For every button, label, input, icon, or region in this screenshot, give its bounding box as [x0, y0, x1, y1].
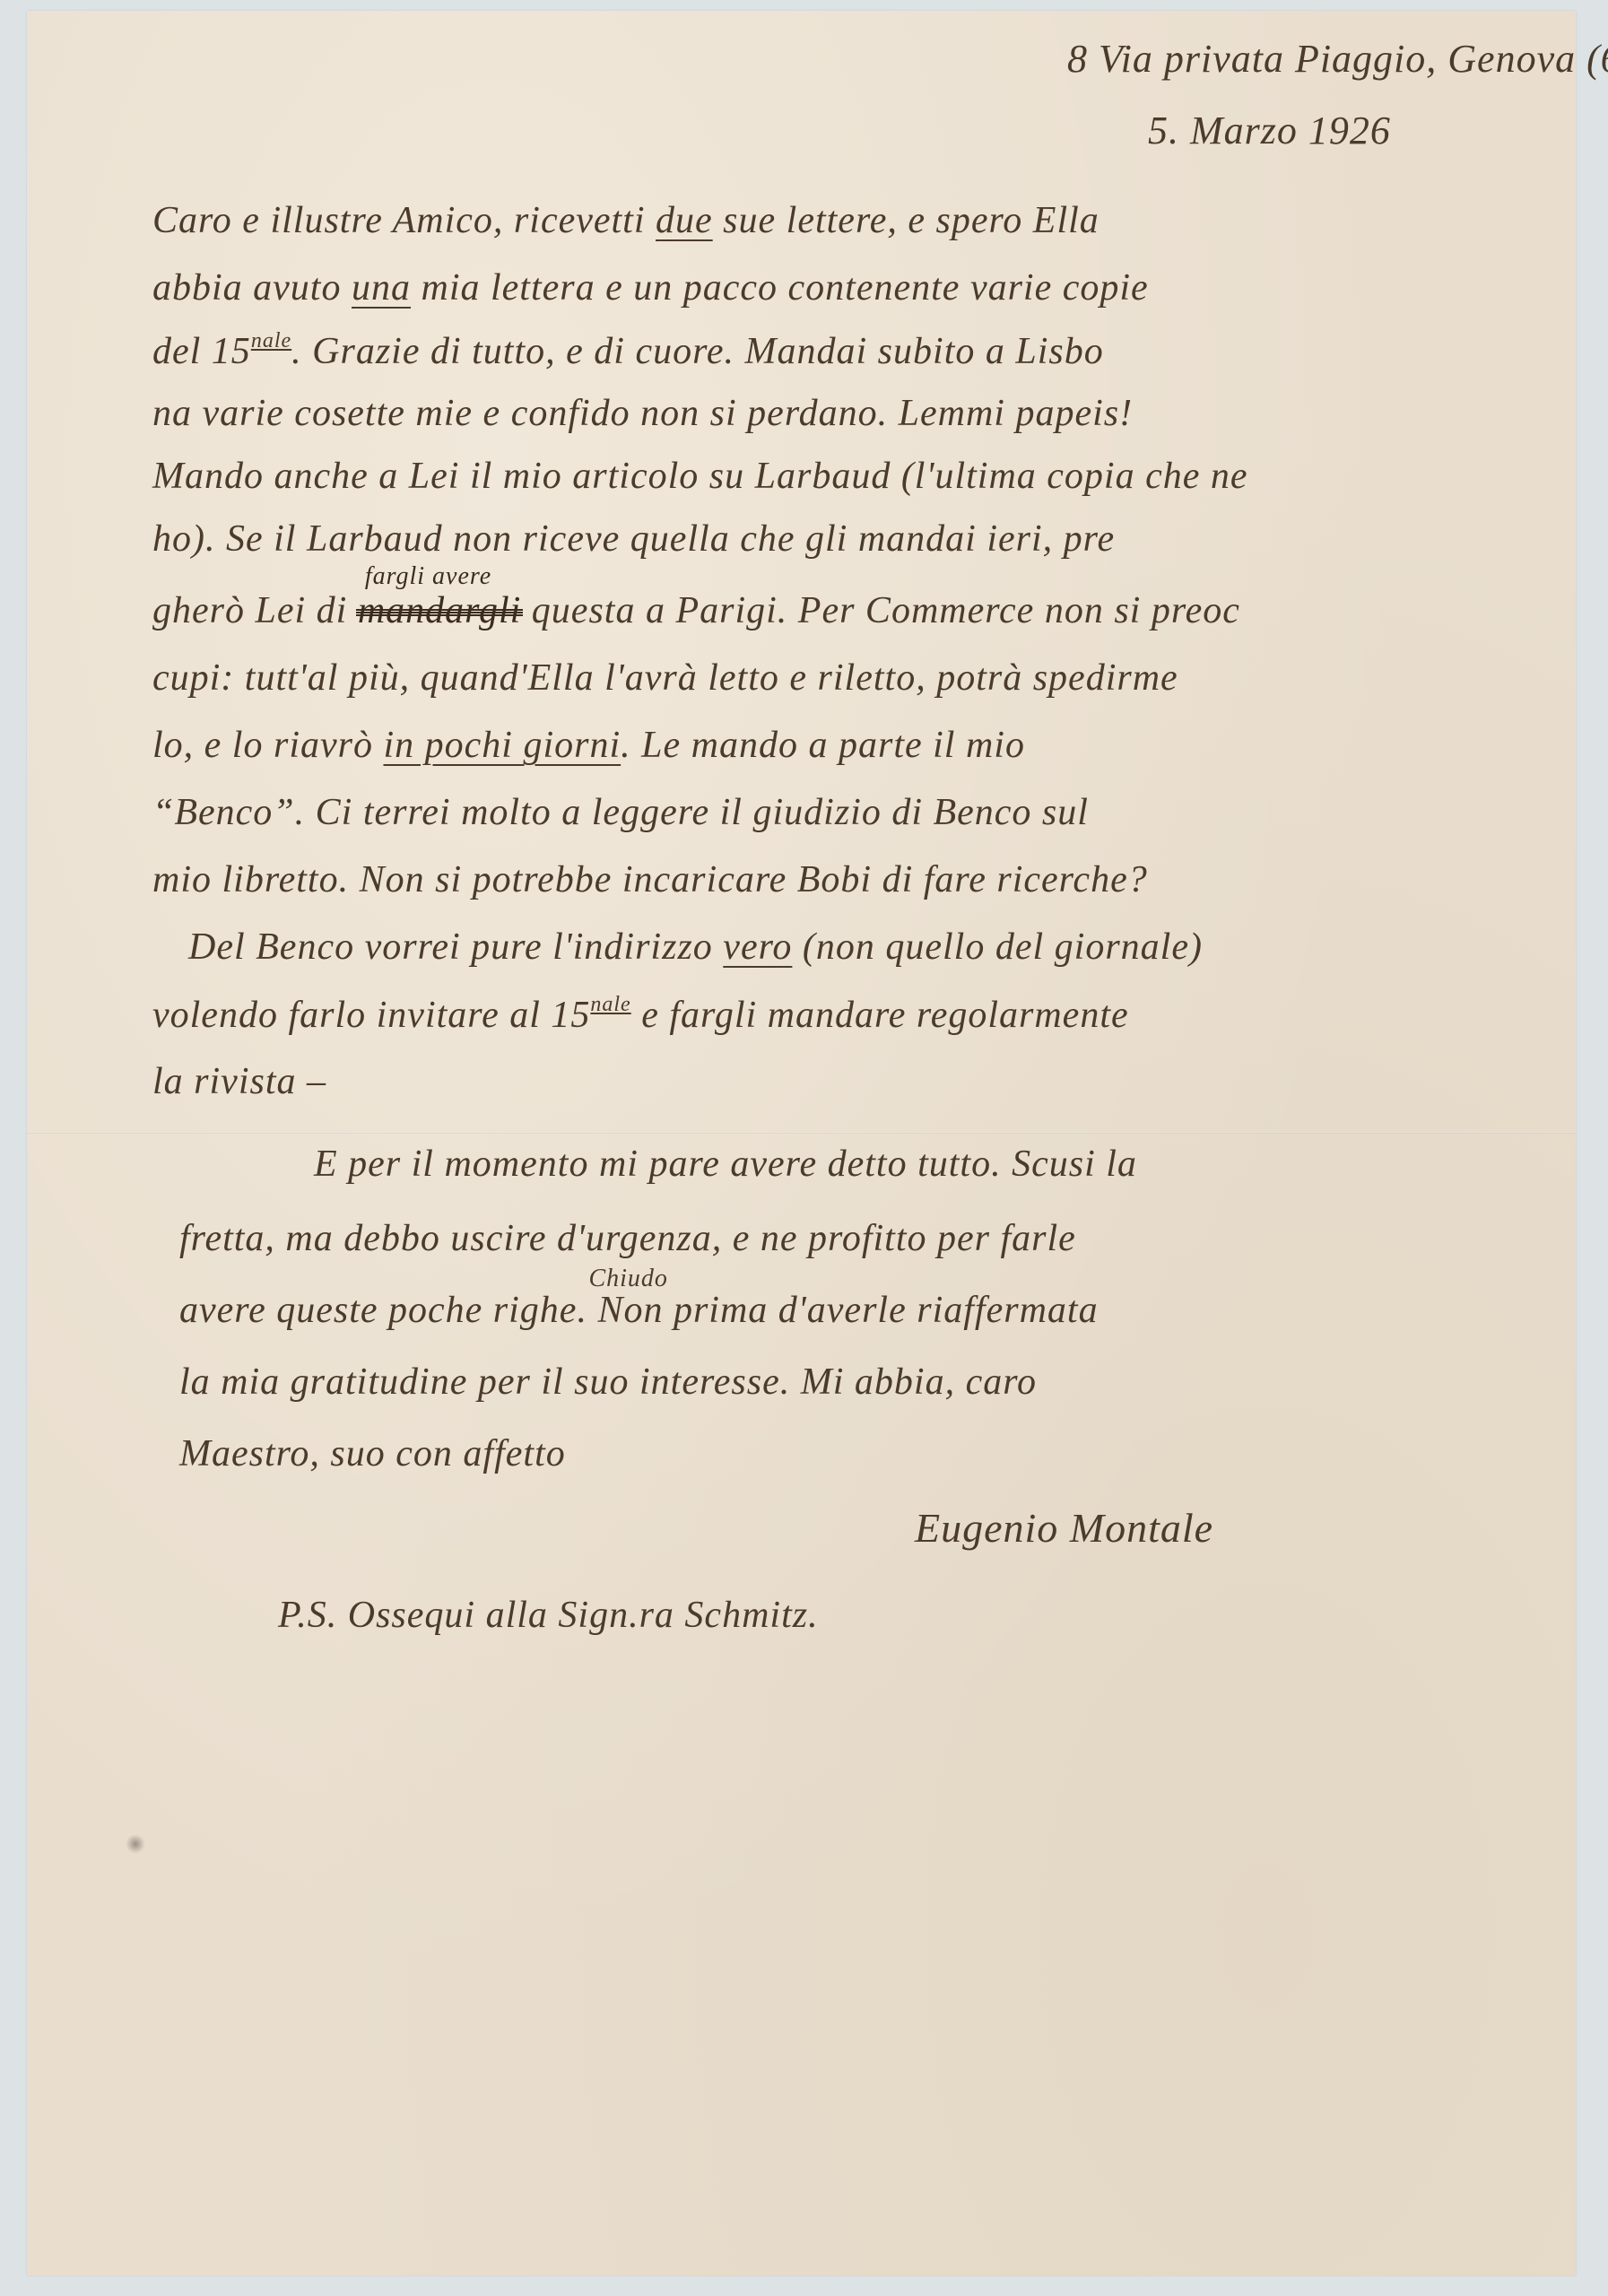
inserted-word: Chiudo: [588, 1265, 667, 1293]
sender-address: 8 Via privata Piaggio, Genova (6): [1067, 36, 1608, 82]
underlined-phrase: in pochi giorni: [383, 725, 621, 766]
letter-line-19: Maestro, suo con affetto: [179, 1432, 566, 1475]
letter-line-13: volendo farlo invitare al 15nale e fargl…: [152, 993, 1129, 1037]
inserted-word: fargli avere: [365, 562, 491, 591]
underlined-word: due: [656, 200, 713, 241]
letter-line-8: cupi: tutt'al più, quand'Ella l'avrà let…: [152, 657, 1178, 700]
letter-line-18: la mia gratitudine per il suo interesse.…: [179, 1361, 1037, 1404]
signature: Eugenio Montale: [915, 1504, 1213, 1552]
letter-line-7: gherò Lei di mandarglifargli avere quest…: [152, 589, 1240, 632]
letter-line-4: na varie cosette mie e confido non si pe…: [152, 392, 1133, 435]
underlined-word: vero: [723, 926, 792, 968]
postscript: P.S. Ossequi alla Sign.ra Schmitz.: [278, 1594, 819, 1637]
superscript: nale: [590, 993, 630, 1016]
struck-word: mandarglifargli avere: [358, 589, 521, 632]
letter-line-14: la rivista –: [152, 1060, 326, 1103]
letter-line-9: lo, e lo riavrò in pochi giorni. Le mand…: [152, 724, 1025, 767]
letter-line-5: Mando anche a Lei il mio articolo su Lar…: [152, 455, 1248, 498]
paper-fold-line: [27, 1132, 1576, 1134]
letter-line-12: Del Benco vorrei pure l'indirizzo vero (…: [188, 926, 1203, 969]
letter-line-2: abbia avuto una mia lettera e un pacco c…: [152, 266, 1149, 309]
letter-line-15: E per il momento mi pare avere detto tut…: [314, 1143, 1137, 1186]
superscript: nale: [251, 329, 291, 352]
letter-line-16: fretta, ma debbo uscire d'urgenza, e ne …: [179, 1217, 1076, 1260]
ink-spot: [126, 1834, 145, 1854]
underlined-word: una: [352, 267, 411, 309]
letter-line-17: avere queste poche righe. ChiudoNon prim…: [179, 1289, 1099, 1332]
letter-line-1: Caro e illustre Amico, ricevetti due sue…: [152, 199, 1100, 242]
letter-line-6: ho). Se il Larbaud non riceve quella che…: [152, 517, 1115, 561]
letter-paper: 8 Via privata Piaggio, Genova (6) 5. Mar…: [27, 11, 1576, 2275]
letter-date: 5. Marzo 1926: [1148, 108, 1391, 153]
letter-line-11: mio libretto. Non si potrebbe incaricare…: [152, 858, 1148, 901]
letter-line-10: “Benco”. Ci terrei molto a leggere il gi…: [152, 791, 1089, 834]
letter-line-3: del 15nale. Grazie di tutto, e di cuore.…: [152, 329, 1104, 373]
